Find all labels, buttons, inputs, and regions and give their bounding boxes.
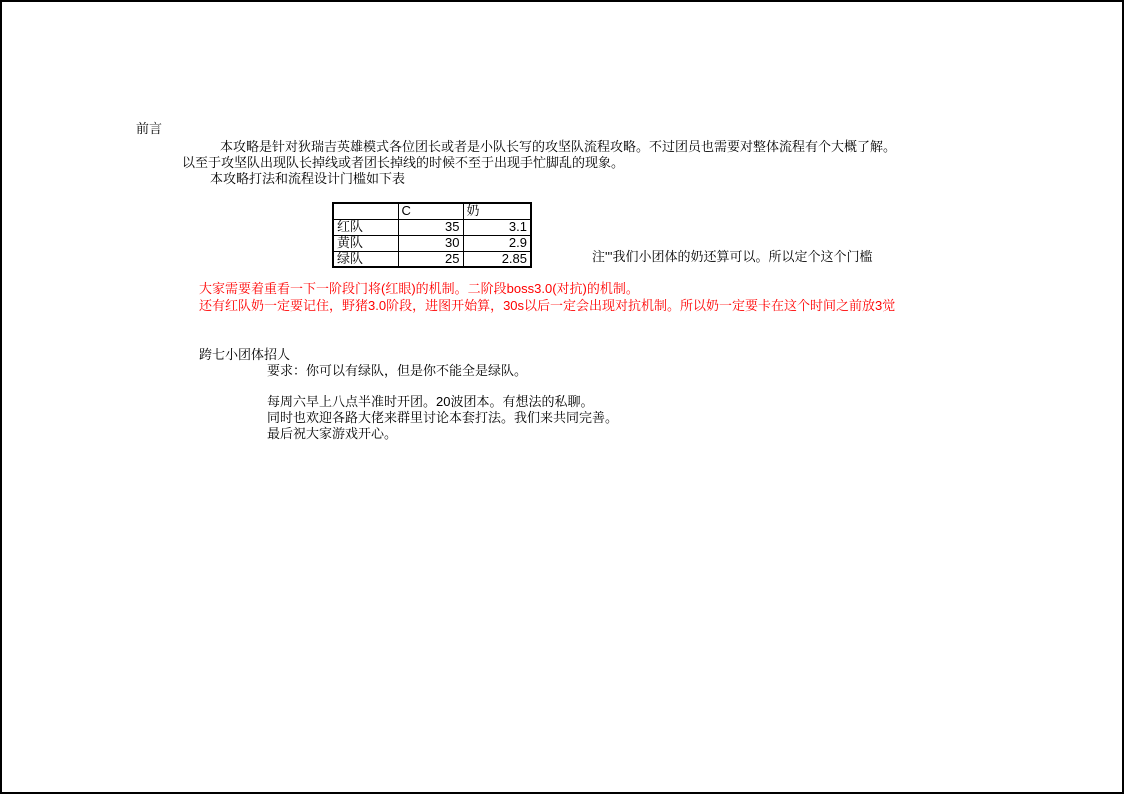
intro-line-1: 本攻略是针对狄瑞吉英雄模式各位团长或者是小队长写的攻坚队流程攻略。不过团员也需要… xyxy=(220,139,896,155)
table-cell-c-value: 35 xyxy=(398,219,463,235)
table-cell-c-value: 30 xyxy=(398,235,463,251)
warning-line-2: 还有红队奶一定要记住，野猪3.0阶段，进图开始算，30s以后一定会出现对抗机制。… xyxy=(199,298,895,314)
table-header-blank xyxy=(333,203,398,219)
table-note: 注'''我们小团体的奶还算可以。所以定个这个门槛 xyxy=(592,249,872,265)
table-header-row: C 奶 xyxy=(333,203,531,219)
intro-line-2: 以至于攻坚队出现队长掉线或者团长掉线的时候不至于出现手忙脚乱的现象。 xyxy=(182,155,624,171)
table-header-c: C xyxy=(398,203,463,219)
recruit-requirement: 要求：你可以有绿队，但是你不能全是绿队。 xyxy=(267,363,527,379)
table-row: 绿队 25 2.85 xyxy=(333,251,531,267)
table-cell-nai-value: 2.9 xyxy=(463,235,531,251)
recruit-heading: 跨七小团体招人 xyxy=(199,347,290,363)
table-row: 黄队 30 2.9 xyxy=(333,235,531,251)
table-cell-nai-value: 3.1 xyxy=(463,219,531,235)
recruit-line-3: 最后祝大家游戏开心。 xyxy=(267,426,397,442)
recruit-line-2: 同时也欢迎各路大佬来群里讨论本套打法。我们来共同完善。 xyxy=(267,410,618,426)
document-page: 前言 本攻略是针对狄瑞吉英雄模式各位团长或者是小队长写的攻坚队流程攻略。不过团员… xyxy=(0,0,1124,794)
threshold-table: C 奶 红队 35 3.1 黄队 30 2.9 绿队 25 2.85 xyxy=(332,202,532,268)
table-header-nai: 奶 xyxy=(463,203,531,219)
table-cell-team: 红队 xyxy=(333,219,398,235)
table-cell-team: 绿队 xyxy=(333,251,398,267)
table-row: 红队 35 3.1 xyxy=(333,219,531,235)
table-cell-c-value: 25 xyxy=(398,251,463,267)
warning-line-1: 大家需要着重看一下一阶段门将(红眼)的机制。二阶段boss3.0(对抗)的机制。 xyxy=(199,281,639,297)
table-cell-nai-value: 2.85 xyxy=(463,251,531,267)
recruit-line-1: 每周六早上八点半准时开团。20波团本。有想法的私聊。 xyxy=(267,394,593,410)
table-cell-team: 黄队 xyxy=(333,235,398,251)
preface-heading: 前言 xyxy=(136,121,162,137)
intro-line-3: 本攻略打法和流程设计门槛如下表 xyxy=(210,171,405,187)
